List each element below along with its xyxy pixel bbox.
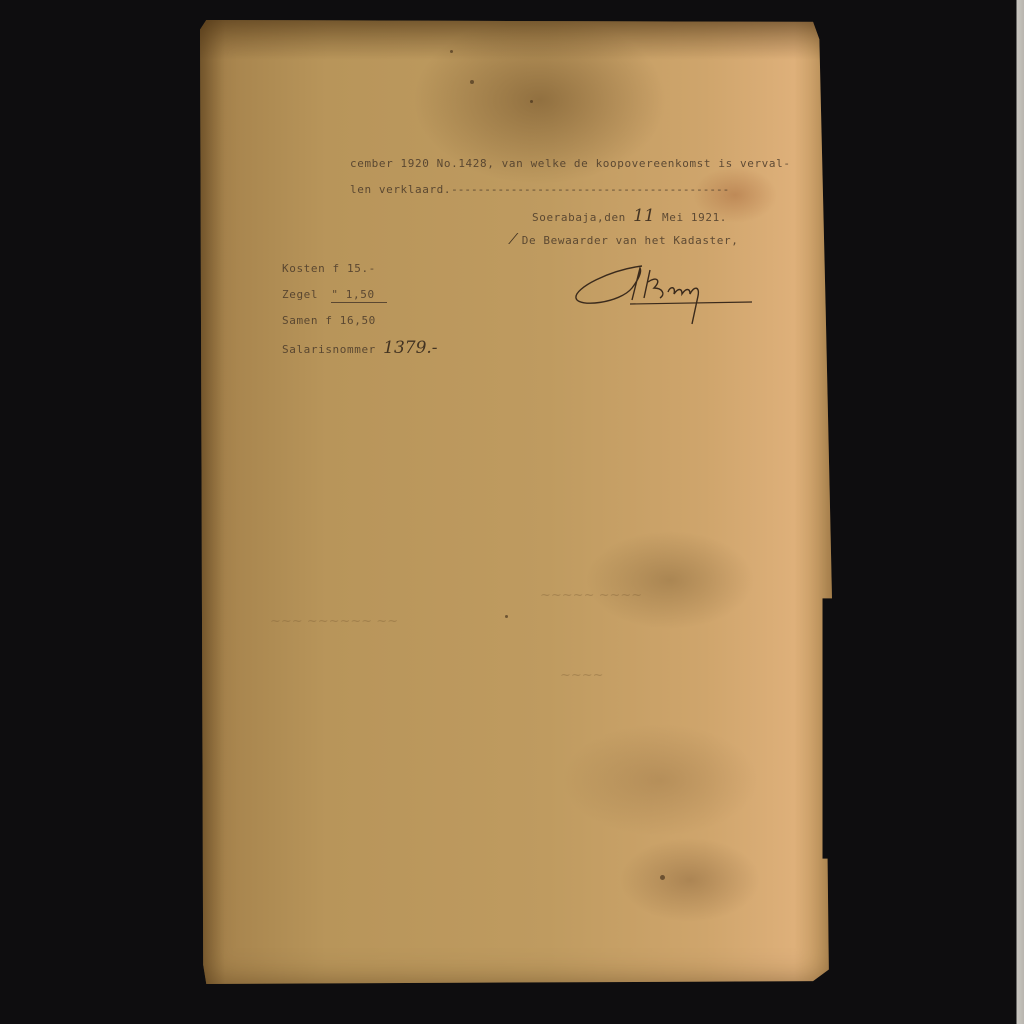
zegel-label: Zegel xyxy=(282,288,318,301)
signatory-title: De Bewaarder van het Kadaster, xyxy=(522,234,739,247)
kosten-line: Kosten f 15.- xyxy=(282,262,376,275)
signature-icon xyxy=(570,258,760,333)
place-date-suffix: Mei 1921. xyxy=(662,211,727,224)
adjacent-page-edge xyxy=(1004,0,1024,1024)
stain-spot xyxy=(450,50,453,53)
salaris-line: Salarisnommer 1379.- xyxy=(282,338,438,358)
zegel-line: Zegel " 1,50 xyxy=(282,288,387,301)
typed-line-1: cember 1920 No.1428, van welke de koopov… xyxy=(350,157,791,170)
stain-spot xyxy=(530,100,533,103)
handwritten-day: 11 xyxy=(633,206,655,226)
place-date-line: Soerabaja,den 11 Mei 1921. xyxy=(532,206,727,226)
typed-line-2: len verklaard.--------------------------… xyxy=(350,183,729,196)
signatory-title-line: ⁄ De Bewaarder van het Kadaster, xyxy=(512,230,738,248)
zegel-value: " 1,50 xyxy=(331,288,386,303)
salaris-value: 1379.- xyxy=(383,338,437,358)
place-date-prefix: Soerabaja,den xyxy=(532,211,626,224)
stain-spot xyxy=(505,615,508,618)
stain-spot xyxy=(660,875,665,880)
bleed-through-text: ~~~~~ ~~~~ xyxy=(540,588,642,603)
typed-line-2-text: len verklaard. xyxy=(350,183,451,196)
dash-fill: ----------------------------------------… xyxy=(451,183,729,196)
samen-line: Samen f 16,50 xyxy=(282,314,376,327)
salaris-label: Salarisnommer xyxy=(282,343,376,356)
bleed-through-text: ~~~~ xyxy=(560,668,604,683)
bleed-through-text: ~~~ ~~~~~~ ~~ xyxy=(270,614,398,629)
stain-spot xyxy=(470,80,474,84)
handwritten-mark: ⁄ xyxy=(512,230,515,248)
